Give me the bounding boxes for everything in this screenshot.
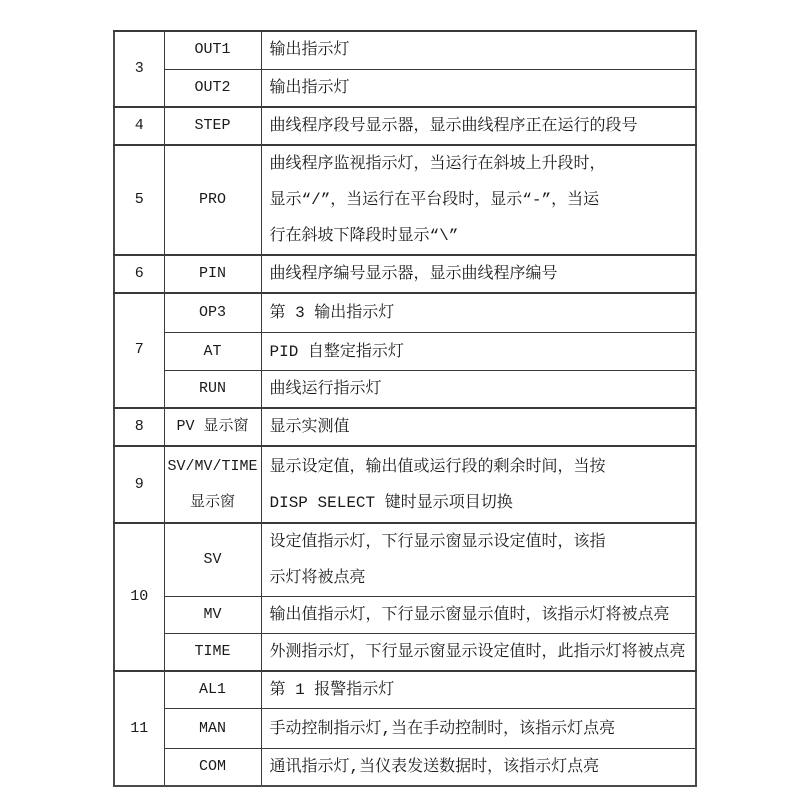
code-cell: AL1 (164, 671, 261, 709)
desc-cell: 外测指示灯，下行显示窗显示设定值时，此指示灯将被点亮 (261, 634, 696, 672)
code-cell: TIME (164, 634, 261, 672)
code-cell: OUT1 (164, 31, 261, 69)
desc-cell: 设定值指示灯，下行显示窗显示设定值时，该指 示灯将被点亮 (261, 523, 696, 597)
code-cell: PRO (164, 145, 261, 255)
row-group-number: 8 (114, 408, 164, 446)
desc-cell: 输出指示灯 (261, 69, 696, 107)
table-row: 5 PRO 曲线程序监视指示灯，当运行在斜坡上升段时， 显示“/”，当运行在平台… (114, 145, 696, 255)
code-cell: OUT2 (164, 69, 261, 107)
table-row: 8 PV 显示窗 显示实测值 (114, 408, 696, 446)
desc-cell: 通讯指示灯,当仪表发送数据时，该指示灯点亮 (261, 749, 696, 787)
code-cell: SV (164, 523, 261, 597)
desc-cell: 手动控制指示灯,当在手动控制时，该指示灯点亮 (261, 709, 696, 749)
row-group-number: 6 (114, 255, 164, 293)
row-group-number: 7 (114, 293, 164, 409)
row-group-number: 3 (114, 31, 164, 107)
desc-cell: 第 3 输出指示灯 (261, 293, 696, 333)
desc-cell: 输出值指示灯，下行显示窗显示值时，该指示灯将被点亮 (261, 597, 696, 634)
desc-cell: 曲线程序监视指示灯，当运行在斜坡上升段时， 显示“/”，当运行在平台段时，显示“… (261, 145, 696, 255)
desc-cell: PID 自整定指示灯 (261, 333, 696, 371)
code-cell: COM (164, 749, 261, 787)
row-group-number: 9 (114, 446, 164, 523)
code-cell: MV (164, 597, 261, 634)
desc-cell: 曲线程序段号显示器，显示曲线程序正在运行的段号 (261, 107, 696, 145)
code-cell: PV 显示窗 (164, 408, 261, 446)
row-group-number: 4 (114, 107, 164, 145)
code-cell: MAN (164, 709, 261, 749)
desc-cell: 输出指示灯 (261, 31, 696, 69)
table-row: 11 AL1 第 1 报警指示灯 (114, 671, 696, 709)
document-page: 3 OUT1 输出指示灯 OUT2 输出指示灯 4 STEP 曲线程序段号显示器… (0, 0, 800, 800)
row-group-number: 5 (114, 145, 164, 255)
code-cell: SV/MV/TIME 显示窗 (164, 446, 261, 523)
table-row: 6 PIN 曲线程序编号显示器，显示曲线程序编号 (114, 255, 696, 293)
table-row: 7 OP3 第 3 输出指示灯 (114, 293, 696, 333)
table-row: TIME 外测指示灯，下行显示窗显示设定值时，此指示灯将被点亮 (114, 634, 696, 672)
table-row: 10 SV 设定值指示灯，下行显示窗显示设定值时，该指 示灯将被点亮 (114, 523, 696, 597)
table-row: OUT2 输出指示灯 (114, 69, 696, 107)
table-row: RUN 曲线运行指示灯 (114, 371, 696, 409)
table-row: AT PID 自整定指示灯 (114, 333, 696, 371)
table-row: MAN 手动控制指示灯,当在手动控制时，该指示灯点亮 (114, 709, 696, 749)
indicator-spec-table: 3 OUT1 输出指示灯 OUT2 输出指示灯 4 STEP 曲线程序段号显示器… (113, 30, 697, 787)
desc-cell: 第 1 报警指示灯 (261, 671, 696, 709)
table-row: 3 OUT1 输出指示灯 (114, 31, 696, 69)
table-row: COM 通讯指示灯,当仪表发送数据时，该指示灯点亮 (114, 749, 696, 787)
code-cell: RUN (164, 371, 261, 409)
desc-cell: 曲线运行指示灯 (261, 371, 696, 409)
desc-cell: 曲线程序编号显示器，显示曲线程序编号 (261, 255, 696, 293)
code-cell: STEP (164, 107, 261, 145)
table-row: MV 输出值指示灯，下行显示窗显示值时，该指示灯将被点亮 (114, 597, 696, 634)
code-cell: AT (164, 333, 261, 371)
table-row: 4 STEP 曲线程序段号显示器，显示曲线程序正在运行的段号 (114, 107, 696, 145)
code-cell: OP3 (164, 293, 261, 333)
code-cell: PIN (164, 255, 261, 293)
desc-cell: 显示设定值，输出值或运行段的剩余时间，当按 DISP SELECT 键时显示项目… (261, 446, 696, 523)
table-row: 9 SV/MV/TIME 显示窗 显示设定值，输出值或运行段的剩余时间，当按 D… (114, 446, 696, 523)
row-group-number: 10 (114, 523, 164, 671)
desc-cell: 显示实测值 (261, 408, 696, 446)
row-group-number: 11 (114, 671, 164, 786)
